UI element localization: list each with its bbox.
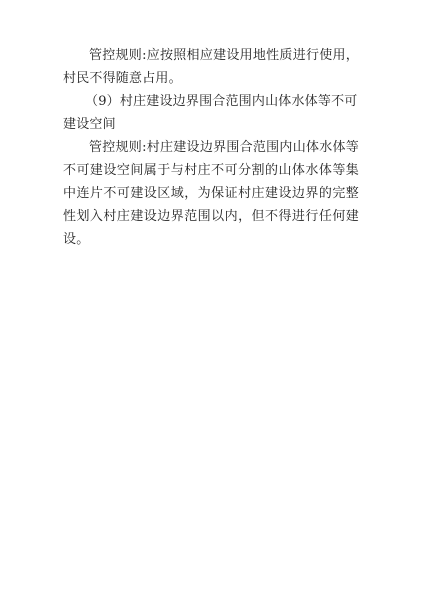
paragraph-control-rule-unbuildable-space: 管控规则:村庄建设边界围合范围内山体水体等不可建设空间属于与村庄不可分割的山体水… bbox=[63, 136, 359, 251]
section-heading-9: （9）村庄建设边界围合范围内山体水体等不可建设空间 bbox=[63, 90, 359, 136]
document-page: 管控规则:应按照相应建设用地性质进行使用，村民不得随意占用。 （9）村庄建设边界… bbox=[63, 44, 359, 251]
paragraph-control-rule-land-use: 管控规则:应按照相应建设用地性质进行使用，村民不得随意占用。 bbox=[63, 44, 359, 90]
